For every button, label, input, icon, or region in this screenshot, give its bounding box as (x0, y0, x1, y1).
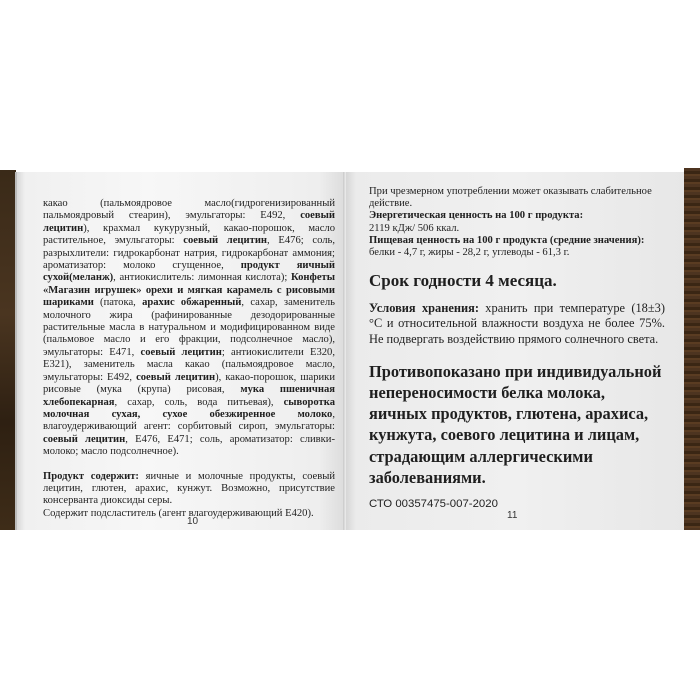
energy-value: 2119 кДж/ 506 ккал. (369, 223, 665, 235)
laxative-warning: При чрезмерном употреблении может оказыв… (369, 186, 665, 210)
nutrition-label: Пищевая ценность на 100 г продукта (сред… (369, 235, 665, 247)
shelf-life: Срок годности 4 месяца. (369, 271, 665, 291)
ingredient-text: , антиокислитель: лимонная кислота); (113, 272, 291, 283)
ingredient-highlight: арахис обжаренный (142, 297, 241, 308)
product-info-block: При чрезмерном употреблении может оказыв… (369, 186, 665, 510)
ingredient-text: (патока, (94, 297, 142, 308)
standard-code: СТО 00357475-007-2020 (369, 498, 665, 510)
booklet-page-right: При чрезмерном употреблении может оказыв… (346, 172, 684, 530)
energy-label: Энергетическая ценность на 100 г продукт… (369, 210, 665, 222)
allergen-statement: Продукт содержит: яичные и молочные прод… (43, 471, 335, 508)
ingredient-text: , сахар, соль, вода питьевая), (114, 397, 283, 408)
ingredient-text: какао (пальмоядровое масло(гидрогенизиро… (43, 198, 335, 221)
nutrition-value: белки - 4,7 г, жиры - 28,2 г, углеводы -… (369, 247, 665, 259)
ingredient-highlight: соевый лецитин (136, 372, 215, 383)
page-number: 10 (187, 516, 198, 527)
ingredient-highlight: соевый лецитин (43, 434, 125, 445)
allergen-label: Продукт содержит: (43, 471, 139, 482)
wooden-table-background (0, 170, 16, 530)
contraindication-warning: Противопоказано при индивидуальной непер… (369, 361, 665, 488)
booklet-page-left: какао (пальмоядровое масло(гидрогенизиро… (15, 172, 345, 530)
storage-conditions: Условия хранения: хранить при температур… (369, 301, 665, 347)
ingredient-highlight: соевый лецитин (141, 347, 222, 358)
page-number: 11 (507, 510, 517, 521)
storage-label: Условия хранения: (369, 301, 479, 315)
wooden-table-background (684, 168, 700, 530)
ingredients-text: какао (пальмоядровое масло(гидрогенизиро… (43, 198, 335, 459)
ingredients-block: какао (пальмоядровое масло(гидрогенизиро… (43, 198, 335, 520)
ingredient-highlight: соевый лецитин (183, 235, 267, 246)
